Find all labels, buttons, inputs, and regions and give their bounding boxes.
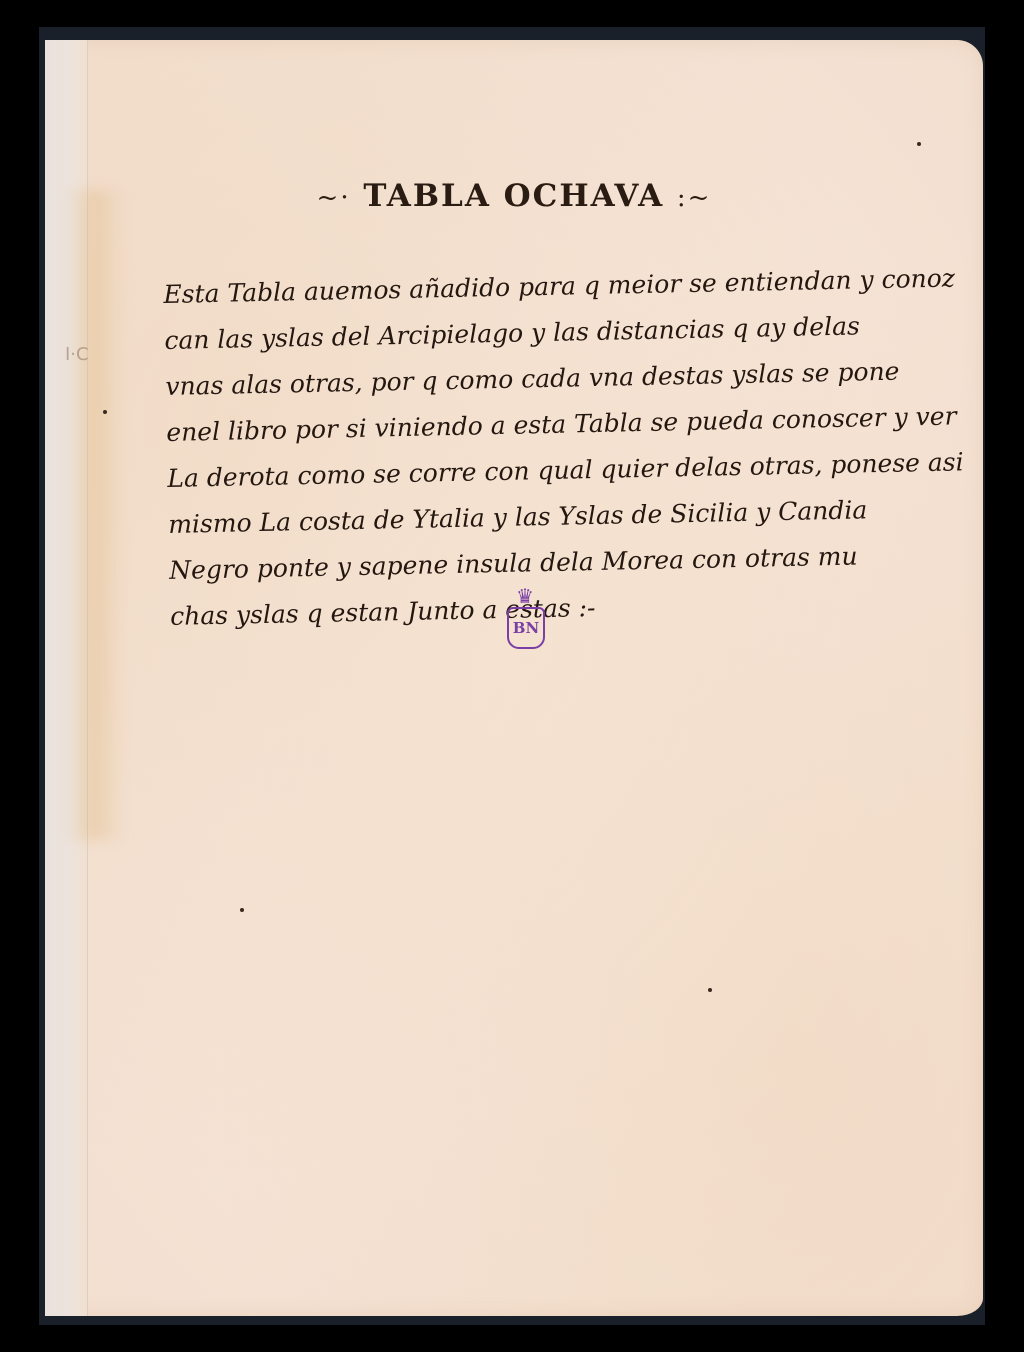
page-title: ~· TABLA OCHAVA :~: [45, 178, 983, 214]
ink-speck: [917, 142, 921, 146]
title-left-flourish: ~·: [317, 183, 351, 213]
stamp-shield: BN: [507, 607, 545, 649]
manuscript-page: I·C ~· TABLA OCHAVA :~ Esta Tabla auemos…: [45, 40, 983, 1316]
title-text: TABLA OCHAVA: [363, 178, 664, 214]
handwritten-paragraph: Esta Tabla auemos añadido para q meior s…: [163, 256, 931, 640]
faded-margin-mark: I·C: [65, 344, 89, 365]
ink-speck: [103, 410, 107, 414]
title-right-flourish: :~: [677, 183, 712, 213]
ink-speck: [240, 908, 244, 912]
crown-icon: ♛: [511, 585, 539, 607]
ink-speck: [708, 988, 712, 992]
library-stamp: ♛ BN: [505, 585, 545, 651]
water-stain: [65, 190, 125, 840]
